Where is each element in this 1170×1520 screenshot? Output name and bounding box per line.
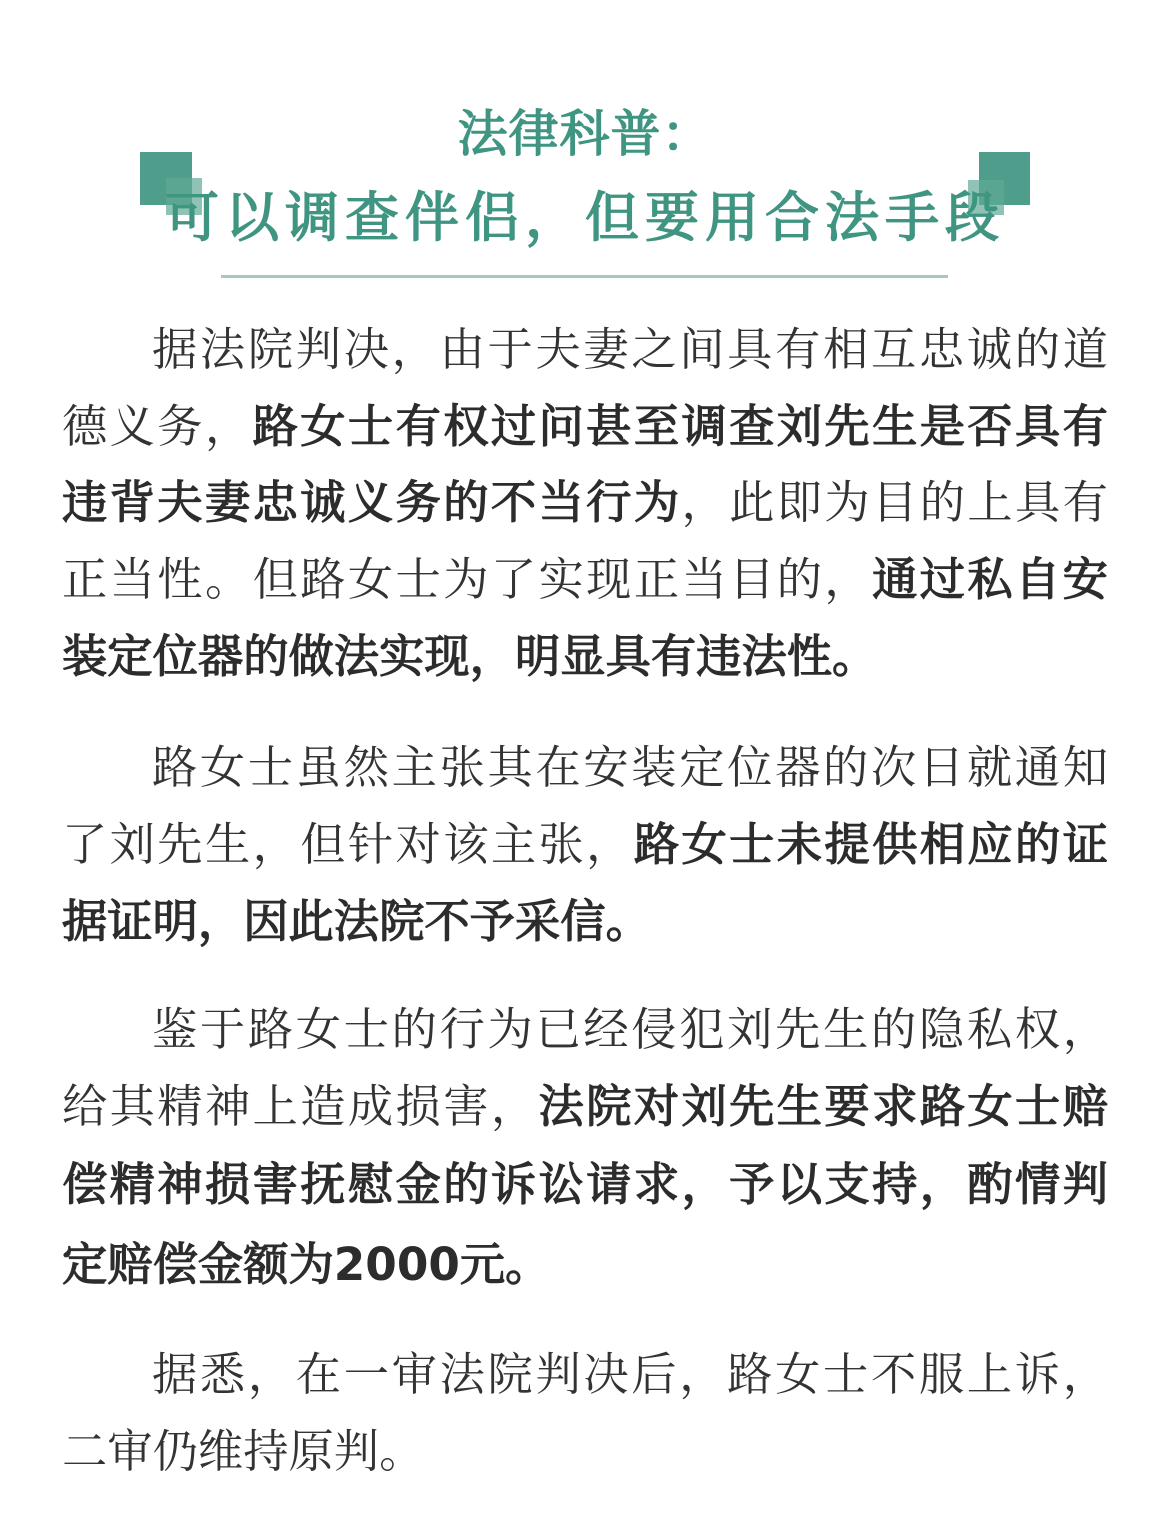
- page-title: 法律科普：: [0, 104, 1170, 164]
- title-divider: [221, 275, 948, 278]
- bold-text: 据证明，因此法院不予采信。: [62, 895, 651, 948]
- text-line: 违背夫妻忠诚义务的不当行为，此即为目的上具有: [62, 473, 1108, 533]
- text-line: 路女士虽然主张其在安装定位器的次日就通知: [152, 738, 1108, 798]
- text-line: 据证明，因此法院不予采信。: [62, 892, 1108, 952]
- text-line: 据法院判决，由于夫妻之间具有相互忠诚的道: [152, 320, 1108, 380]
- bold-text: 路女士未提供相应的证: [634, 818, 1108, 871]
- bold-text: 法院对刘先生要求路女士赔: [539, 1080, 1108, 1133]
- text-line: 德义务，路女士有权过问甚至调查刘先生是否具有: [62, 397, 1108, 457]
- bold-text: 通过私自安: [872, 553, 1108, 606]
- text: 二审仍维持原判。: [62, 1425, 424, 1478]
- text-line: 正当性。但路女士为了实现正当目的，通过私自安: [62, 550, 1108, 610]
- text: 了刘先生，但针对该主张，: [62, 818, 634, 871]
- text: 鉴于路女士的行为已经侵犯刘先生的隐私权，: [152, 1003, 1108, 1056]
- page-subtitle: 可以调查伴侣，但要用合法手段: [0, 188, 1170, 248]
- bold-text: 装定位器的做法实现，明显具有违法性。: [62, 630, 877, 683]
- text: 据悉，在一审法院判决后，路女士不服上诉，: [152, 1348, 1108, 1401]
- bold-text: 定赔偿金额为2000元。: [62, 1238, 550, 1291]
- text-line: 鉴于路女士的行为已经侵犯刘先生的隐私权，: [152, 1000, 1108, 1060]
- text: 给其精神上造成损害，: [62, 1080, 539, 1133]
- bold-text: 路女士有权过问甚至调查刘先生是否具有: [253, 400, 1108, 453]
- text-line: 了刘先生，但针对该主张，路女士未提供相应的证: [62, 815, 1108, 875]
- text-line: 偿精神损害抚慰金的诉讼请求，予以支持，酌情判: [62, 1155, 1108, 1215]
- text: 德义务，: [62, 400, 253, 453]
- text: 路女士虽然主张其在安装定位器的次日就通知: [152, 741, 1108, 794]
- text-line: 给其精神上造成损害，法院对刘先生要求路女士赔: [62, 1077, 1108, 1137]
- text-line: 装定位器的做法实现，明显具有违法性。: [62, 627, 1108, 687]
- text-line: 定赔偿金额为2000元。: [62, 1235, 1108, 1295]
- bold-text: 违背夫妻忠诚义务的不当行为: [62, 476, 681, 529]
- text: ，此即为目的上具有: [681, 476, 1108, 529]
- text-line: 据悉，在一审法院判决后，路女士不服上诉，: [152, 1345, 1108, 1405]
- text: 正当性。但路女士为了实现正当目的，: [62, 553, 872, 606]
- text-line: 二审仍维持原判。: [62, 1422, 1108, 1482]
- text: 据法院判决，由于夫妻之间具有相互忠诚的道: [152, 323, 1108, 376]
- bold-text: 偿精神损害抚慰金的诉讼请求，予以支持，酌情判: [62, 1158, 1108, 1211]
